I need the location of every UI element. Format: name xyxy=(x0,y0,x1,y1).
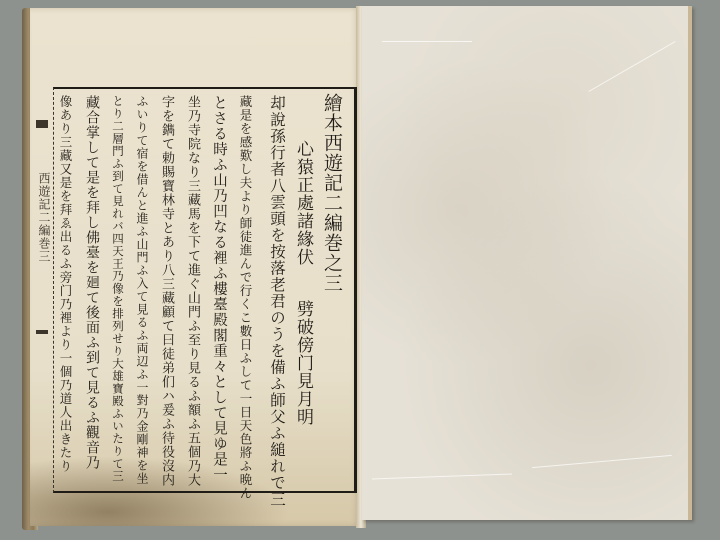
chapter-heading-2: 劈破傍门見月明 xyxy=(292,300,313,426)
book-title: 繪本西遊記二編巻之三 xyxy=(321,93,342,293)
hanshin-mark-top xyxy=(36,120,48,128)
body-column-4: 坐乃寺院なり三藏馬を下て進ぐ山門ふ至り見るふ額ふ五個乃大 xyxy=(183,95,201,487)
right-page-blank xyxy=(362,6,692,520)
body-column-2: 藏是を感歎し夫より師徒進んで行くこ數日ふして一日天色將ふ晩ん xyxy=(236,95,254,500)
hanshin-mark-bottom xyxy=(36,330,48,334)
body-column-1: 却說孫行者八雲頭を按落老君のうを備ふ師父ふ縋れで三 xyxy=(268,95,286,508)
body-column-8: 藏合掌して是を拜し佛臺を廻て後面ふ到て見るふ觀音乃 xyxy=(83,95,101,470)
open-book: 西遊記二編巻三 繪本西遊記二編巻之三 心猿正處諸緣伏 劈破傍门見月明 却說孫行者… xyxy=(0,0,720,540)
chapter-heading-1: 心猿正處諸緣伏 xyxy=(292,140,313,266)
body-column-3: とさる時ふ山乃凹なる裡ふ樓臺殿閣重々として見ゆ是一 xyxy=(210,95,228,483)
body-column-6: ふいりて宿を借んと進ふ山門ふ入て見るふ両辺ふ一對乃金剛神を坐 xyxy=(133,95,151,485)
body-column-5: 字を鐫て勅賜寶林寺とあり八三藏顧て曰徒弟们ハ爰ふ待役沒内 xyxy=(157,95,175,487)
hashira-title: 西遊記二編巻三 xyxy=(36,172,53,263)
body-column-7: とり二層門ふ到て見れバ四天王乃像を排列せり大雄寶殿ふいたりて三 xyxy=(109,95,127,483)
body-column-9: 像あり三藏又是を拜ゑ出るふ旁门乃裡より一個乃道人出きたり xyxy=(56,95,74,473)
